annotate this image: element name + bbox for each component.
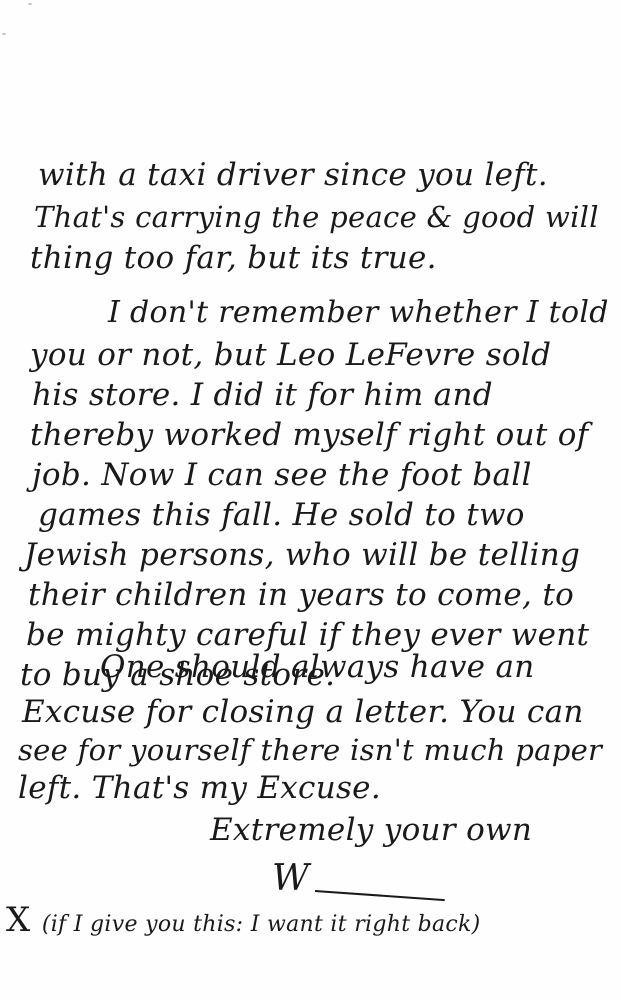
postscript: X (if I give you this: I want it right b…: [6, 900, 481, 940]
letter-line: Jewish persons, who will be telling: [24, 540, 580, 571]
letter-line: Excuse for closing a letter. You can: [22, 697, 584, 728]
letter-line: job. Now I can see the foot ball: [32, 460, 532, 491]
postscript-mark: X: [6, 900, 31, 940]
letter-line: be mighty careful if they ever went: [26, 620, 589, 651]
letter-line: left. That's my Excuse.: [18, 773, 381, 804]
signature: W: [272, 858, 309, 899]
paper-speck: [2, 33, 6, 35]
letter-line: see for yourself there isn't much paper: [18, 736, 602, 765]
letter-line: you or not, but Leo LeFevre sold: [30, 340, 551, 371]
letter-closing: Extremely your own: [210, 812, 532, 848]
letter-line: That's carrying the peace & good will: [34, 203, 599, 232]
letter-line: with a taxi driver since you left.: [38, 160, 548, 191]
letter-page: with a taxi driver since you left. That'…: [0, 0, 622, 1000]
letter-line: thereby worked myself right out of: [30, 420, 589, 451]
letter-line: his store. I did it for him and: [32, 380, 493, 411]
paper-speck: [28, 3, 32, 5]
letter-line: thing too far, but its true.: [30, 243, 437, 274]
letter-line: I don't remember whether I told: [108, 298, 609, 328]
postscript-text: (if I give you this: I want it right bac…: [42, 912, 481, 937]
letter-line: their children in years to come, to: [28, 580, 574, 611]
letter-line: One should always have an: [100, 652, 535, 683]
letter-line: games this fall. He sold to two: [38, 500, 525, 531]
